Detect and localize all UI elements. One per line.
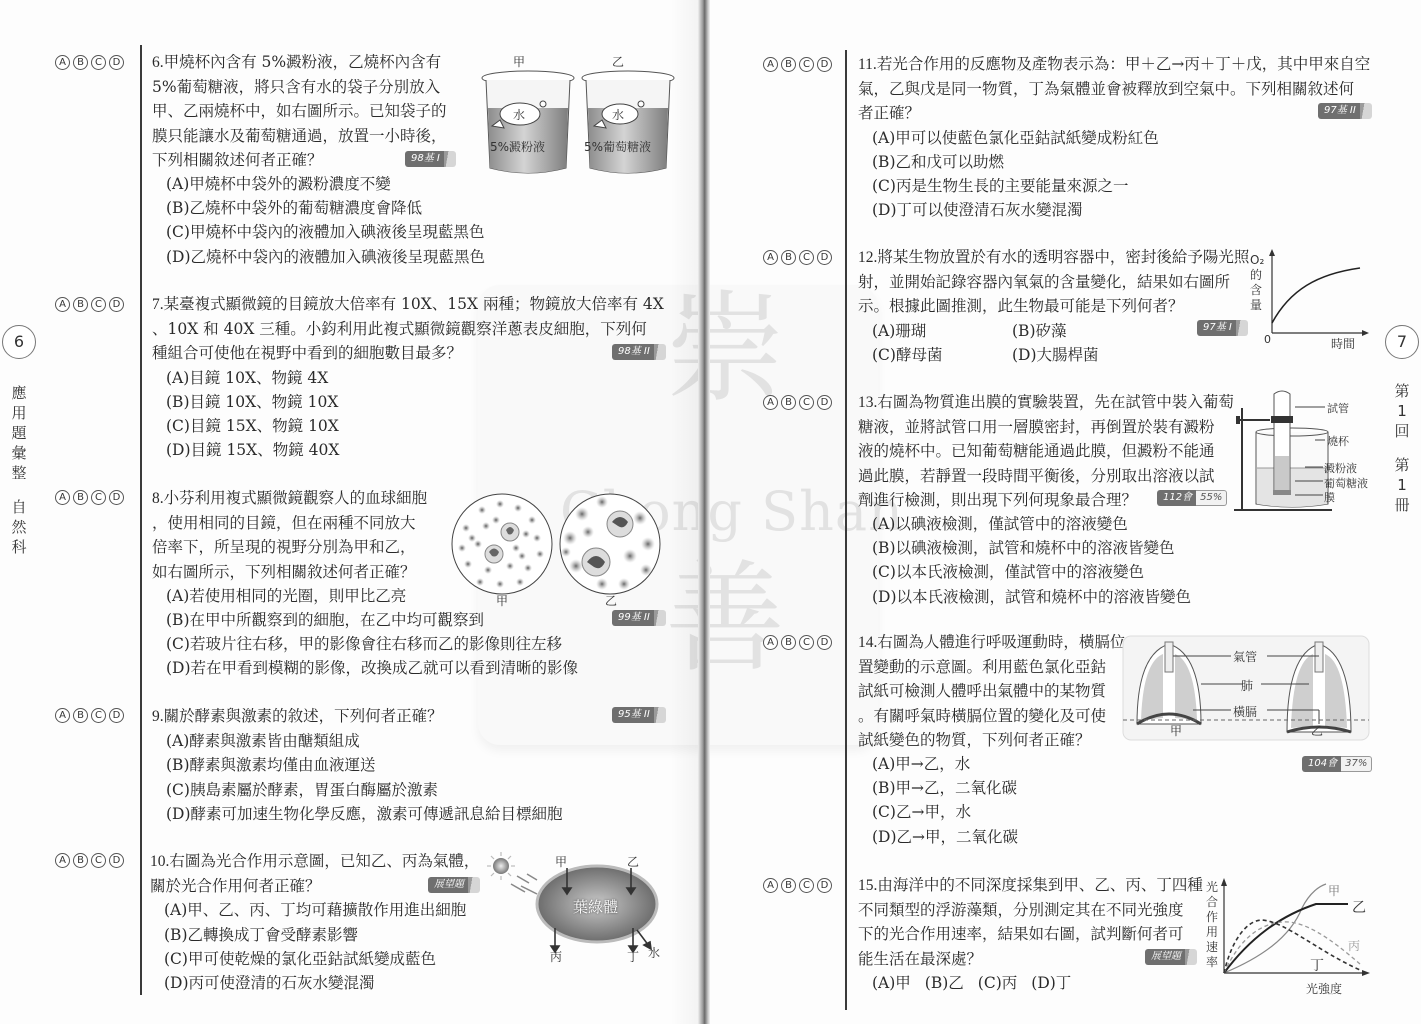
side-title-char: 第 <box>1392 455 1412 475</box>
bubble-a[interactable]: A <box>55 853 70 868</box>
bubble-a[interactable]: A <box>763 878 778 893</box>
bubble-b[interactable]: B <box>73 55 88 70</box>
option-b: (B)酵素與激素均僅由血液運送 <box>152 753 672 777</box>
answer-bubbles-q7: A B C D <box>55 297 124 312</box>
side-title-gap <box>1392 441 1412 455</box>
bubble-d[interactable]: D <box>109 55 124 70</box>
question-number: 7. <box>152 296 164 313</box>
stem-line: 膜只能讓水及葡萄糖通過，放置一小時後， <box>166 124 472 148</box>
bubble-d[interactable]: D <box>109 297 124 312</box>
figure-label: 乙 <box>605 592 617 609</box>
right-column-rule <box>845 50 847 1010</box>
option-c: (C)丙 <box>978 974 1017 992</box>
source-tag: 97基 I <box>1197 320 1248 336</box>
option-b: (B)乙轉換成丁會受酵素影響 <box>150 923 490 947</box>
correct-rate: 55% <box>1196 490 1227 506</box>
source-tag-label: 97基 I <box>1197 320 1236 336</box>
tag-flag-icon <box>1185 949 1197 965</box>
bubble-b[interactable]: B <box>781 395 796 410</box>
stem-line: 置變動的示意圖。利用藍色氯化亞鈷 <box>872 655 1138 679</box>
microscope-fields-diagram <box>452 492 662 597</box>
bubble-c[interactable]: C <box>91 708 106 723</box>
option-d: (D)乙燒杯中袋內的液體加入碘液後呈現藍黑色 <box>152 245 472 269</box>
oxygen-graph <box>1262 248 1372 348</box>
stem-line: 關於酵素與激素的敘述，下列何者正確？ <box>164 707 443 725</box>
bubble-c[interactable]: C <box>799 57 814 72</box>
figure-label: 乙 <box>627 853 639 870</box>
option-c: (C)胰島素屬於酵素，胃蛋白酶屬於激素 <box>152 778 672 802</box>
figure-panel-label: 乙 <box>1311 722 1323 739</box>
figure-panel-label: 甲 <box>1170 722 1182 739</box>
option-b: (B)目鏡 10X、物鏡 10X <box>152 390 672 414</box>
option-c: (C)若玻片往右移，甲的影像會往右移而乙的影像則往左移 <box>152 632 592 656</box>
bubble-a[interactable]: A <box>55 55 70 70</box>
book-spread: 崇 善 Chong Shan 6 應 用 題 彙 整 自 然 科 7 第 1 回… <box>0 0 1421 1024</box>
answer-bubbles-q12: A B C D <box>763 250 832 265</box>
tag-flag-icon <box>1360 103 1372 119</box>
stem-line: 甲、乙兩燒杯中，如右圖所示。已知袋子的 <box>166 99 472 123</box>
option-a: (A)甲可以使藍色氯化亞鈷試紙變成粉紅色 <box>858 126 1378 150</box>
tag-flag-icon <box>654 610 666 626</box>
bubble-d[interactable]: D <box>817 878 832 893</box>
stem-line: 液的燒杯中。已知葡萄糖能通過此膜，但澱粉不能通 <box>872 439 1258 463</box>
answer-bubbles-q13: A B C D <box>763 395 832 410</box>
side-title-char: 整 <box>9 463 29 483</box>
beaker-label: 5%澱粉液 <box>490 138 545 155</box>
option-d: (D)丙可使澄清的石灰水變混濁 <box>150 971 490 995</box>
side-title-char: 然 <box>9 517 29 537</box>
stem-line: 。有關呼氣時橫膈位置的變化及可使 <box>872 704 1138 728</box>
graph-x-label: 時間 <box>1331 335 1355 352</box>
bubble-a[interactable]: A <box>55 490 70 505</box>
side-title-char: 應 <box>9 383 29 403</box>
bubble-c[interactable]: C <box>799 635 814 650</box>
question-number: 9. <box>152 708 164 725</box>
book-gutter <box>698 0 710 1024</box>
right-page-tab: 7 第 1 回 第 1 冊 <box>1385 325 1421 515</box>
question-stem: 9.關於酵素與激素的敘述，下列何者正確？ <box>152 704 672 729</box>
stem-line: 5%葡萄糖液，將只含有水的袋子分別放入 <box>166 75 472 99</box>
bubble-a[interactable]: A <box>55 297 70 312</box>
series-label: 丁 <box>1310 955 1324 975</box>
question-number: 15. <box>858 877 877 894</box>
figure-label: 水 <box>648 944 660 961</box>
option-b: (B)乙燒杯中袋外的葡萄糖濃度會降低 <box>152 196 472 220</box>
option-a: (A)甲→乙，水 <box>858 752 1138 776</box>
question-7: 7.某臺複式顯微鏡的目鏡放大倍率有 10X、15X 兩種；物鏡放大倍率有 4X … <box>152 292 672 462</box>
side-title-char: 1 <box>1392 475 1412 495</box>
correct-rate: 37% <box>1341 756 1372 772</box>
figure-leader-lines <box>1295 405 1327 497</box>
option-b: (B)乙和戊可以助燃 <box>858 150 1378 174</box>
side-title-char: 冊 <box>1392 495 1412 515</box>
source-tag-label: 98基 II <box>612 344 654 360</box>
bubble-c[interactable]: C <box>91 297 106 312</box>
option-d: (D)丁 <box>1031 974 1071 992</box>
answer-bubbles-q10: A B C D <box>55 853 124 868</box>
figure-label: 甲 <box>496 592 508 609</box>
bubble-b[interactable]: B <box>781 250 796 265</box>
bubble-d[interactable]: D <box>109 853 124 868</box>
option-b: (B)甲→乙，二氧化碳 <box>858 776 1138 800</box>
page-number-badge: 7 <box>1385 325 1419 359</box>
bubble-d[interactable]: D <box>109 708 124 723</box>
answer-bubbles-q9: A B C D <box>55 708 124 723</box>
stem-line: 試紙可檢測人體呼出氣體中的某物質 <box>872 679 1138 703</box>
source-tag: 95基 II <box>612 707 666 723</box>
source-tag-label: 97基 II <box>1318 103 1360 119</box>
question-stem: 11.若光合作用的反應物及產物表示為：甲＋乙→丙＋丁＋戊，其中甲來自空 氣，乙與… <box>858 52 1378 126</box>
stem-line: 將某生物放置於有水的透明容器中，密封後給予陽光照 <box>877 248 1249 266</box>
bag-label: 水 <box>612 106 624 123</box>
side-title-gap <box>9 483 29 497</box>
answer-bubbles-q8: A B C D <box>55 490 124 505</box>
figure-label: 燒杯 <box>1327 433 1349 449</box>
figure-label: 甲 <box>555 853 567 870</box>
page-number-badge: 6 <box>2 325 36 359</box>
series-label: 甲 <box>1328 882 1340 899</box>
question-11: 11.若光合作用的反應物及產物表示為：甲＋乙→丙＋丁＋戊，其中甲來自空 氣，乙與… <box>858 52 1378 222</box>
bubble-a[interactable]: A <box>763 57 778 72</box>
figure-label: 澱粉液 <box>1324 460 1357 476</box>
figure-label: 氣管 <box>1233 648 1257 665</box>
question-stem: 14.右圖為人體進行呼吸運動時，橫膈位 置變動的示意圖。利用藍色氯化亞鈷 試紙可… <box>858 630 1138 752</box>
bubble-d[interactable]: D <box>817 635 832 650</box>
bubble-b[interactable]: B <box>73 708 88 723</box>
option-b: (B)在甲中所觀察到的細胞，在乙中均可觀察到 <box>152 608 592 632</box>
side-title-char: 科 <box>9 537 29 557</box>
figure-label: 丙 <box>550 948 562 965</box>
beaker-label: 5%葡萄糖液 <box>584 138 651 155</box>
option-c: (C)乙→甲，水 <box>858 800 1138 824</box>
source-tag-label: 95基 II <box>612 707 654 723</box>
stem-line: 右圖為光合作用示意圖，已知乙、丙為氣體， <box>169 852 479 870</box>
bubble-a[interactable]: A <box>763 635 778 650</box>
stem-line: 下的光合作用速率，結果如右圖，試判斷何者可 <box>872 922 1208 946</box>
figure-label: 試管 <box>1327 400 1349 416</box>
stem-line: 右圖為物質進出膜的實驗裝置，先在試管中裝入葡萄 <box>877 393 1234 411</box>
bubble-d[interactable]: D <box>817 250 832 265</box>
beakers-diagram <box>478 68 688 178</box>
source-tag: 展望題 <box>1145 949 1197 965</box>
question-number: 12. <box>858 249 877 266</box>
bubble-c[interactable]: C <box>799 878 814 893</box>
bubble-b[interactable]: B <box>73 490 88 505</box>
stem-line: 右圖為人體進行呼吸運動時，橫膈位 <box>877 633 1125 651</box>
side-title: 第 1 回 第 1 冊 <box>1392 381 1421 515</box>
side-title-char: 自 <box>9 497 29 517</box>
series-ding <box>1224 920 1360 973</box>
question-14: 14.右圖為人體進行呼吸運動時，橫膈位 置變動的示意圖。利用藍色氯化亞鈷 試紙可… <box>858 630 1138 849</box>
question-number: 11. <box>858 56 877 73</box>
series-yi <box>1224 904 1348 973</box>
option-a: (A)目鏡 10X、物鏡 4X <box>152 366 672 390</box>
bubble-b[interactable]: B <box>781 878 796 893</box>
option-c: (C)目鏡 15X、物鏡 10X <box>152 414 672 438</box>
side-title-char: 用 <box>9 403 29 423</box>
option-d: (D)若在甲看到模糊的影像，改換成乙就可以看到清晰的影像 <box>152 656 592 680</box>
series-label: 乙 <box>1352 897 1366 917</box>
stem-line: 不同類型的浮游藻類，分別測定其在不同光強度 <box>872 898 1208 922</box>
graph-y-label: O₂的含量 <box>1250 253 1266 313</box>
option-c: (C)以本氏液檢測，僅試管中的溶液變色 <box>858 560 1258 584</box>
bubble-c[interactable]: C <box>799 250 814 265</box>
answer-bubbles-q15: A B C D <box>763 878 832 893</box>
option-b: (B)乙 <box>925 974 964 992</box>
tag-flag-icon <box>654 707 666 723</box>
chloroplast-label: 葉綠體 <box>573 896 618 917</box>
side-title-char: 彙 <box>9 443 29 463</box>
bubble-b[interactable]: B <box>73 853 88 868</box>
question-number: 6. <box>152 54 164 71</box>
stem-line: 由海洋中的不同深度採集到甲、乙、丙、丁四種 <box>877 876 1203 894</box>
option-b: (B)矽藻 <box>1012 319 1152 343</box>
bubble-c[interactable]: C <box>799 395 814 410</box>
side-title-char: 題 <box>9 423 29 443</box>
option-d: (D)大腸桿菌 <box>1012 343 1152 367</box>
graph-x-label: 光強度 <box>1306 980 1342 997</box>
question-stem: 12.將某生物放置於有水的透明容器中，密封後給予陽光照 射，並開始記錄容器內氧氣… <box>858 245 1258 319</box>
bubble-c[interactable]: C <box>91 853 106 868</box>
bubble-c[interactable]: C <box>91 55 106 70</box>
stem-line: 某臺複式顯微鏡的目鏡放大倍率有 10X、15X 兩種；物鏡放大倍率有 4X <box>164 295 664 313</box>
figure-label: 肺 <box>1241 677 1253 694</box>
tag-flag-icon <box>654 344 666 360</box>
bubble-d[interactable]: D <box>109 490 124 505</box>
stem-line: 小芬利用複式顯微鏡觀察人的血球細胞 <box>164 489 428 507</box>
option-b: (B)以碘液檢測，試管和燒杯中的溶液皆變色 <box>858 536 1258 560</box>
question-10: 10.右圖為光合作用示意圖，已知乙、丙為氣體， 關於光合作用何者正確？ (A)甲… <box>150 849 490 995</box>
stem-line: 射，並開始記錄容器內氧氣的含量變化，結果如右圖所 <box>872 270 1258 294</box>
bubble-a[interactable]: A <box>763 250 778 265</box>
stem-line: 甲燒杯內含有 5%澱粉液，乙燒杯內含有 <box>164 53 442 71</box>
source-tag-label: 104會 <box>1302 756 1341 772</box>
series-bing <box>1224 922 1360 973</box>
figure-label: 丁 <box>627 948 639 965</box>
source-tag-label: 112會 <box>1157 490 1196 506</box>
left-column-rule <box>140 45 142 995</box>
option-d: (D)乙→甲，二氧化碳 <box>858 825 1138 849</box>
bag-label: 水 <box>513 106 525 123</box>
option-c: (C)丙是生物生長的主要能量來源之一 <box>858 174 1378 198</box>
stem-line: 糖液，並將試管口用一層膜密封，再倒置於裝有澱粉 <box>872 415 1258 439</box>
stem-line: 過此膜，若靜置一段時間平衡後，分別取出溶液以試 <box>872 464 1258 488</box>
question-9: 9.關於酵素與激素的敘述，下列何者正確？ (A)酵素與激素皆由醣類組成 (B)酵… <box>152 704 672 826</box>
option-a: (A)甲、乙、丙、丁均可藉擴散作用進出細胞 <box>150 898 490 922</box>
question-number: 10. <box>150 853 169 870</box>
stem-line: 氣，乙與戊是同一物質，丁為氣體並會被釋放到空氣中。下列相關敘述何 <box>872 77 1378 101</box>
source-tag-with-pct: 104會37% <box>1302 756 1372 772</box>
option-a: (A)甲燒杯中袋外的澱粉濃度不變 <box>152 172 472 196</box>
bubble-b[interactable]: B <box>781 635 796 650</box>
bubble-c[interactable]: C <box>91 490 106 505</box>
side-title: 應 用 題 彙 整 自 然 科 <box>9 383 42 557</box>
stem-line: 示。根據此圖推測，此生物最可能是下列何者？ <box>872 294 1258 318</box>
bubble-a[interactable]: A <box>55 708 70 723</box>
source-tag: 展望題 <box>428 877 480 893</box>
source-tag-label: 99基 II <box>612 610 654 626</box>
figure-label: 橫膈 <box>1233 703 1257 720</box>
tag-flag-icon <box>468 877 480 893</box>
question-number: 14. <box>858 634 877 651</box>
bubble-b[interactable]: B <box>73 297 88 312</box>
bubble-b[interactable]: B <box>781 57 796 72</box>
side-title-char: 回 <box>1392 421 1412 441</box>
source-tag: 98基 II <box>612 344 666 360</box>
question-stem: 7.某臺複式顯微鏡的目鏡放大倍率有 10X、15X 兩種；物鏡放大倍率有 4X … <box>152 292 672 366</box>
stem-line: 試紙變色的物質，下列何者正確？ <box>872 728 1138 752</box>
source-tag-with-pct: 112會55% <box>1157 490 1227 506</box>
option-a: (A)甲 <box>872 974 911 992</box>
graph-origin: 0 <box>1264 333 1271 346</box>
left-page-tab: 6 應 用 題 彙 整 自 然 科 <box>2 325 42 557</box>
option-d: (D)丁可以使澄清石灰水變混濁 <box>858 198 1378 222</box>
stem-line: 、10X 和 40X 三種。小鈞利用此複式顯微鏡觀察洋蔥表皮細胞，下列何 <box>166 317 672 341</box>
option-d: (D)以本氏液檢測，試管和燒杯中的溶液皆變色 <box>858 585 1258 609</box>
source-tag: 98基 I <box>405 151 456 167</box>
question-number: 13. <box>858 394 877 411</box>
side-title-char: 第 <box>1392 381 1412 401</box>
source-tag-label: 98基 I <box>405 151 444 167</box>
stem-line: 種組合可使他在視野中看到的細胞數目最多？ <box>166 341 672 365</box>
side-title-char: 1 <box>1392 401 1412 421</box>
question-12: 12.將某生物放置於有水的透明容器中，密封後給予陽光照 射，並開始記錄容器內氧氣… <box>858 245 1258 367</box>
option-c: (C)甲可使乾燥的氯化亞鈷試紙變成藍色 <box>150 947 490 971</box>
stem-line: 若光合作用的反應物及產物表示為：甲＋乙→丙＋丁＋戊，其中甲來自空 <box>877 55 1371 73</box>
bubble-d[interactable]: D <box>817 395 832 410</box>
answer-bubbles-q11: A B C D <box>763 57 832 72</box>
stem-line: 者正確？ <box>872 101 1378 125</box>
question-15: 15.由海洋中的不同深度採集到甲、乙、丙、丁四種 不同類型的浮游藻類，分別測定其… <box>858 873 1208 995</box>
option-a: (A)珊瑚 <box>872 319 1012 343</box>
option-c: (C)酵母菌 <box>872 343 1012 367</box>
tag-flag-icon <box>1236 320 1248 336</box>
source-tag: 99基 II <box>612 610 666 626</box>
photosynthesis-rate-graph <box>1220 878 1370 978</box>
bubble-a[interactable]: A <box>763 395 778 410</box>
answer-bubbles-q14: A B C D <box>763 635 832 650</box>
graph-y-label: 光合作用速率 <box>1206 880 1220 970</box>
option-d: (D)目鏡 15X、物鏡 40X <box>152 438 672 462</box>
options-inline: (A)甲(B)乙(C)丙(D)丁 <box>858 971 1208 995</box>
series-label: 丙 <box>1348 937 1360 954</box>
source-tag: 97基 II <box>1318 103 1372 119</box>
option-d: (D)酵素可加速生物化學反應，激素可傳遞訊息給目標細胞 <box>152 802 672 826</box>
option-a: (A)酵素與激素皆由醣類組成 <box>152 729 672 753</box>
sun-icon <box>487 852 515 880</box>
option-c: (C)甲燒杯中袋內的液體加入碘液後呈現藍黑色 <box>152 220 472 244</box>
bubble-d[interactable]: D <box>817 57 832 72</box>
source-tag-label: 展望題 <box>1145 949 1185 965</box>
source-tag-label: 展望題 <box>428 877 468 893</box>
tag-flag-icon <box>444 151 456 167</box>
question-number: 8. <box>152 490 164 507</box>
answer-bubbles-q6: A B C D <box>55 55 124 70</box>
option-a: (A)以碘液檢測，僅試管中的溶液變色 <box>858 512 1258 536</box>
